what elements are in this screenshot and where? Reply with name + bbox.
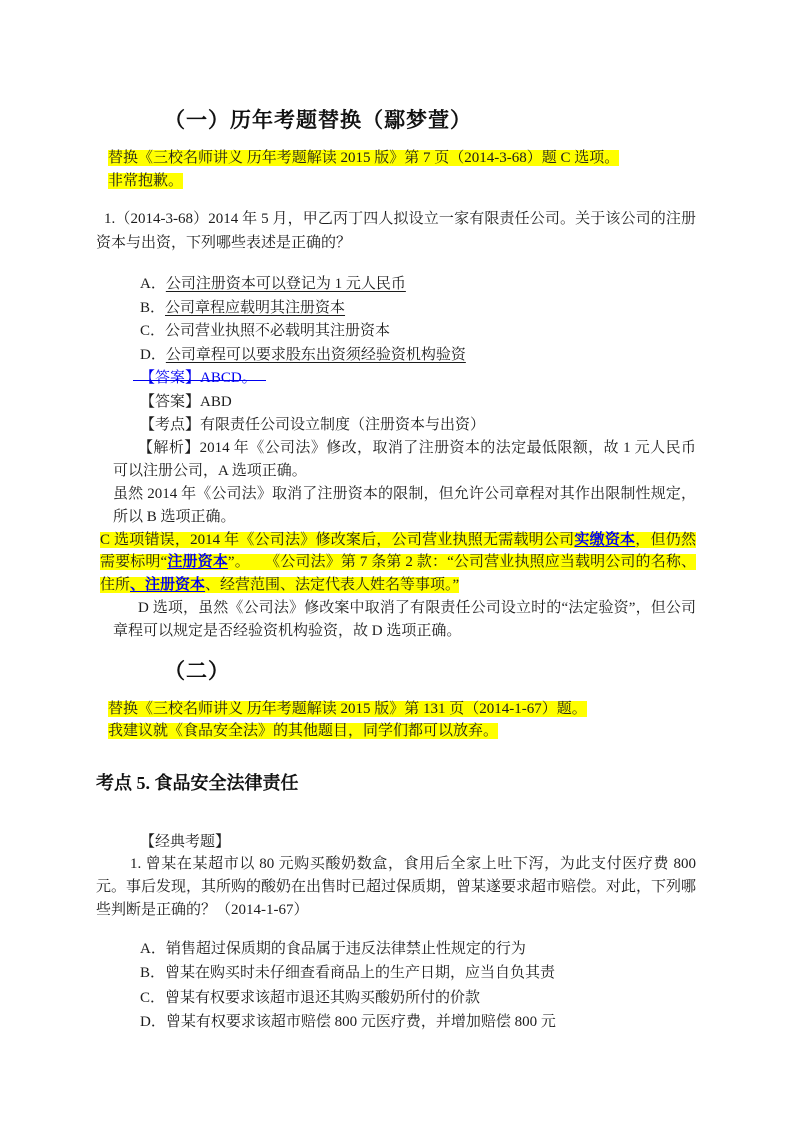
q2-option-c: C．曾某有权要求该超市退还其购买酸奶所付的价款 [140,986,696,1011]
option-text: 销售超过保质期的食品属于违反法律禁止性规定的行为 [166,941,526,957]
q2-option-d: D．曾某有权要求该超市赔偿 800 元医疗费，并增加赔偿 800 元 [140,1010,696,1035]
q2-option-b: B．曾某在购买时未仔细查看商品上的生产日期，应当自负其责 [140,961,696,986]
option-label: D． [140,1014,166,1030]
option-label: B． [140,300,165,316]
option-label: D． [140,347,166,363]
q1-option-b: B．公司章程应载明其注册资本 [140,297,696,321]
notice-line: 替换《三校名师讲义 历年考题解读 2015 版》第 7 页（2014-3-68）… [108,147,696,170]
section1-heading: （一）历年考题替换（鄢梦萱） [96,104,696,136]
option-text: 曾某有权要求该超市赔偿 800 元医疗费，并增加赔偿 800 元 [166,1014,556,1030]
document-page: （一）历年考题替换（鄢梦萱） 替换《三校名师讲义 历年考题解读 2015 版》第… [0,0,793,1122]
question2-stem: 1. 曾某在某超市以 80 元购买酸奶数盒，食用后全家上吐下泻，为此支付医疗费 … [96,853,696,923]
classic-question-label: 【经典考题】 [140,831,696,853]
replacement-notice-2: 替换《三校名师讲义 历年考题解读 2015 版》第 131 页（2014-1-6… [108,698,696,743]
highlighted-text: 非常抱歉。 [108,173,183,189]
strikethrough-text: 【答案】ABCD。 [140,367,257,391]
answer-line: 【答案】ABD [140,391,696,414]
option-label: A． [140,276,166,292]
notice-line: 替换《三校名师讲义 历年考题解读 2015 版》第 131 页（2014-1-6… [108,698,696,721]
analysis-c-seg4: 、经营范围、法定代表人姓名等事项。” [205,577,459,593]
option-text: 公司章程可以要求股东出资须经验资机构验资 [166,347,466,363]
section2-heading: （二） [96,655,696,687]
replacement-notice-1: 替换《三校名师讲义 历年考题解读 2015 版》第 7 页（2014-3-68）… [108,147,696,192]
question2-options: A．销售超过保质期的食品属于违反法律禁止性规定的行为 B．曾某在购买时未仔细查看… [140,937,696,1035]
legal-term-link: 、注册资本 [130,577,205,593]
option-text: 公司注册资本可以登记为 1 元人民币 [166,276,406,292]
analysis-c-seg1: C 选项错误，2014 年《公司法》修改案后，公司营业执照无需载明公司 [100,532,574,548]
option-text: 公司章程应载明其注册资本 [165,300,345,316]
q1-option-c: C．公司营业执照不必载明其注册资本 [140,320,696,344]
analysis-paragraph-c-highlighted: C 选项错误，2014 年《公司法》修改案后，公司营业执照无需载明公司实缴资本，… [100,529,696,597]
option-label: B． [140,965,165,981]
option-label: C． [140,323,165,339]
legal-term-link: 实缴资本 [574,532,635,548]
q2-option-a: A．销售超过保质期的食品属于违反法律禁止性规定的行为 [140,937,696,962]
option-label: A． [140,941,166,957]
q1-option-a: A．公司注册资本可以登记为 1 元人民币 [140,273,696,297]
analysis-paragraph-b: 虽然 2014 年《公司法》取消了注册资本的限制，但允许公司章程对其作出限制性规… [113,483,696,529]
analysis-paragraph-a: 【解析】2014 年《公司法》修改，取消了注册资本的法定最低限额，故 1 元人民… [113,437,696,483]
highlighted-text: 替换《三校名师讲义 历年考题解读 2015 版》第 131 页（2014-1-6… [108,701,587,717]
question1-options: A．公司注册资本可以登记为 1 元人民币 B．公司章程应载明其注册资本 C．公司… [140,273,696,367]
notice-line: 非常抱歉。 [108,170,696,193]
option-text: 曾某在购买时未仔细查看商品上的生产日期，应当自负其责 [165,965,555,981]
q1-option-d: D．公司章程可以要求股东出资须经验资机构验资 [140,344,696,368]
point-line: 【考点】有限责任公司设立制度（注册资本与出资） [140,414,696,437]
topic5-heading: 考点 5. 食品安全法律责任 [96,771,696,795]
option-text: 公司营业执照不必载明其注册资本 [165,323,390,339]
legal-term-link: 注册资本 [167,554,228,570]
highlighted-text: C 选项错误，2014 年《公司法》修改案后，公司营业执照无需载明公司实缴资本，… [100,532,696,593]
question1-stem: 1.（2014-3-68）2014 年 5 月，甲乙丙丁四人拟设立一家有限责任公… [96,208,696,255]
option-label: C． [140,990,165,1006]
highlighted-text: 替换《三校名师讲义 历年考题解读 2015 版》第 7 页（2014-3-68）… [108,150,619,166]
notice-line: 我建议就《食品安全法》的其他题目，同学们都可以放弃。 [108,720,696,743]
analysis-paragraph-d: D 选项，虽然《公司法》修改案中取消了有限责任公司设立时的“法定验资”，但公司章… [113,597,696,643]
highlighted-text: 我建议就《食品安全法》的其他题目，同学们都可以放弃。 [108,723,498,739]
deleted-answer-line: 【答案】ABCD。 [140,367,696,391]
option-text: 曾某有权要求该超市退还其购买酸奶所付的价款 [165,990,480,1006]
